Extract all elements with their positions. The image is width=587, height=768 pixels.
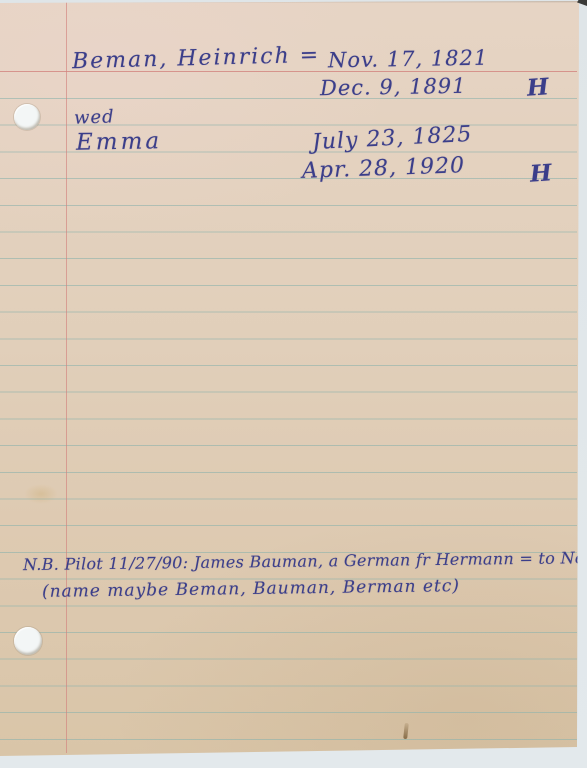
entry-husband-birth-date: Nov. 17, 1821 <box>328 46 489 73</box>
relation-wed: wed <box>74 106 115 128</box>
entry-wife-name: Emma <box>76 128 163 155</box>
source-mark-husband: H <box>526 73 551 102</box>
red-margin-line-vertical <box>66 2 67 753</box>
paper-stain <box>24 484 58 504</box>
scanned-page-background: Beman, Heinrich = Nov. 17, 1821 Dec. 9, … <box>0 0 587 768</box>
entry-husband-death-date: Dec. 9, 1891 <box>320 74 467 101</box>
paper-top-edge <box>0 0 582 3</box>
punch-hole-bottom <box>14 627 42 655</box>
source-mark-wife: H <box>529 159 554 188</box>
paper-sheet: Beman, Heinrich = Nov. 17, 1821 Dec. 9, … <box>0 0 582 758</box>
punch-hole-top <box>14 104 40 130</box>
entry-husband-name: Beman, Heinrich = <box>72 43 321 74</box>
ruled-lines <box>0 98 577 740</box>
